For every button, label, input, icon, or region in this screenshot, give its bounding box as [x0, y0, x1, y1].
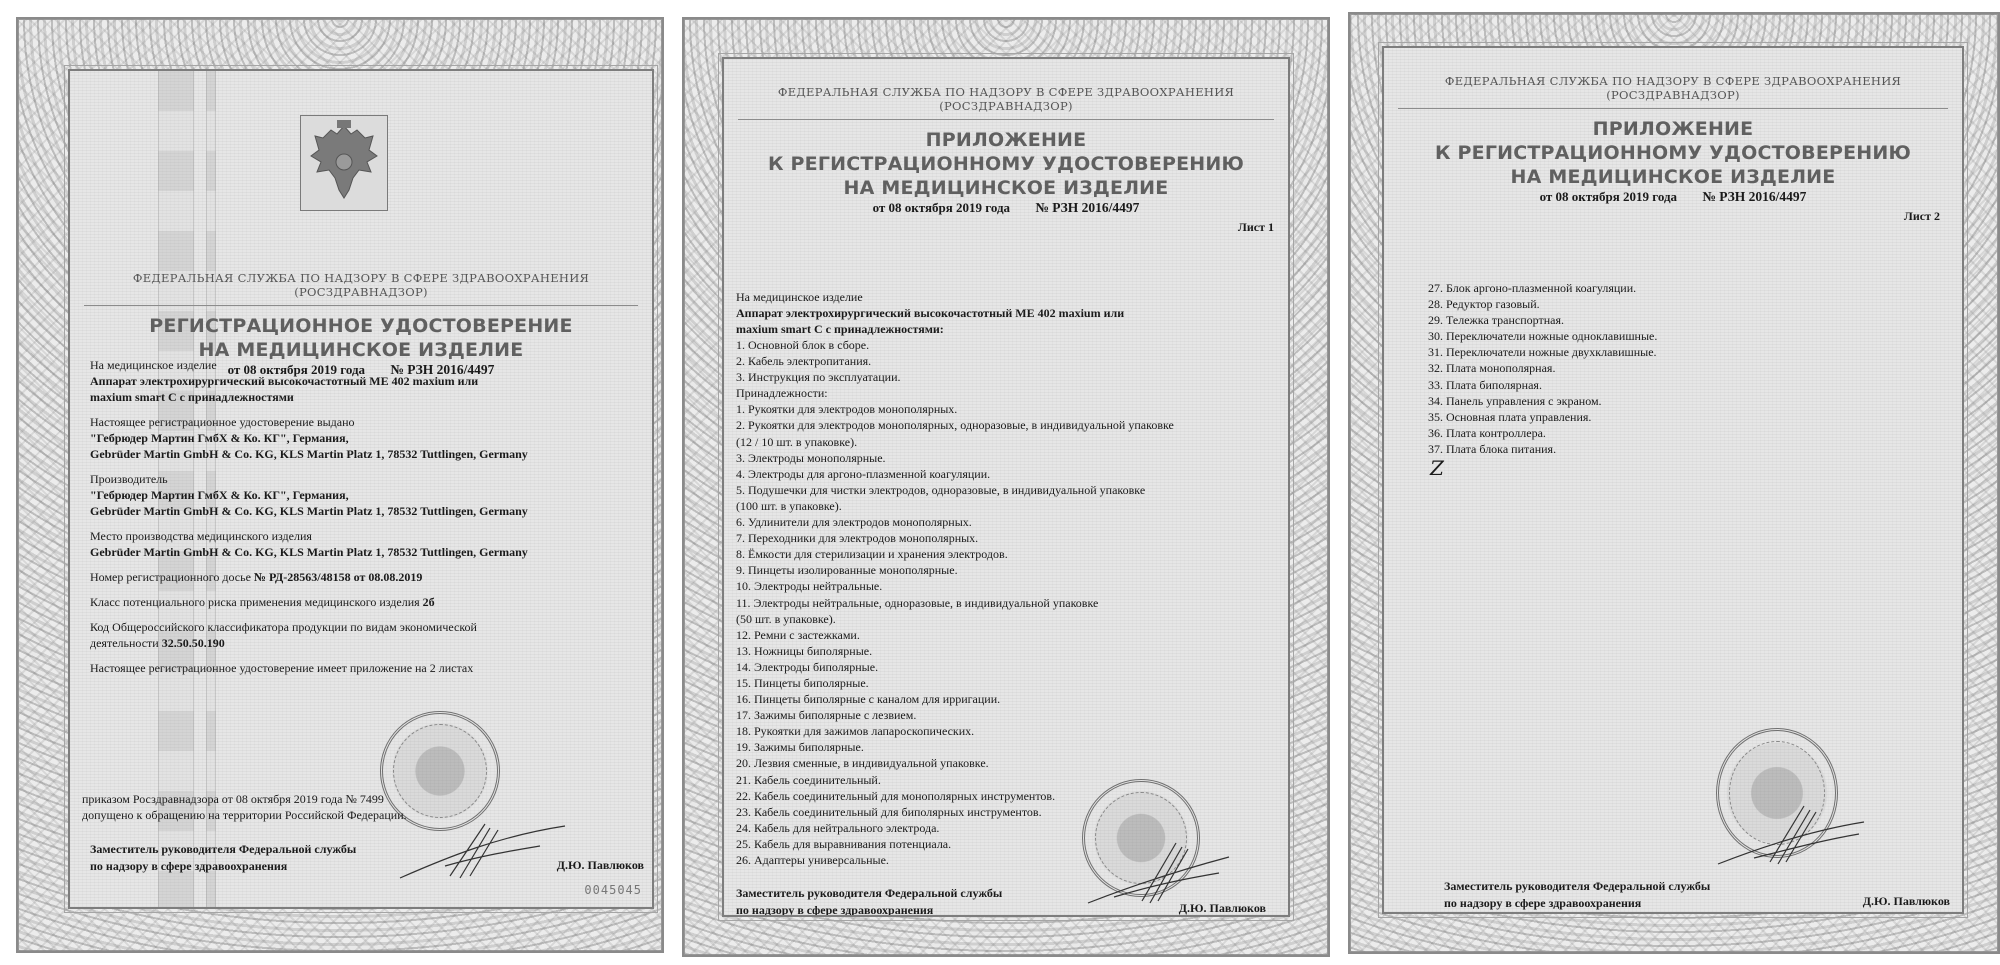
list-item: 3. Инструкция по эксплуатации. — [736, 369, 1280, 385]
signer-name: Д.Ю. Павлюков — [1179, 901, 1266, 916]
certificate-document: ФЕДЕРАЛЬНАЯ СЛУЖБА ПО НАДЗОРУ В СФЕРЕ ЗД… — [16, 17, 664, 953]
section-issued-to: Настоящее регистрационное удостоверение … — [90, 414, 644, 462]
appendix-sheet-2: ФЕДЕРАЛЬНАЯ СЛУЖБА ПО НАДЗОРУ В СФЕРЕ ЗД… — [1348, 12, 2000, 954]
list-item: 20. Лезвия сменные, в индивидуальной упа… — [736, 755, 1280, 771]
risk-class: Класс потенциального риска применения ме… — [90, 594, 644, 610]
appendix-paper: ФЕДЕРАЛЬНАЯ СЛУЖБА ПО НАДЗОРУ В СФЕРЕ ЗД… — [722, 57, 1290, 917]
list-item: 18. Рукоятки для зажимов лапароскопическ… — [736, 723, 1280, 739]
list-item: 13. Ножницы биполярные. — [736, 643, 1280, 659]
serial-number: 0045045 — [584, 883, 642, 897]
doc-title-line2: К РЕГИСТРАЦИОННОМУ УДОСТОВЕРЕНИЮ — [724, 152, 1288, 176]
section-value: Аппарат электрохирургический высокочасто… — [90, 373, 644, 389]
list-item: 11. Электроды нейтральные, одноразовые, … — [736, 595, 1280, 611]
device-name: maxium smart C с принадлежностями: — [736, 321, 1280, 337]
section-label: Производитель — [90, 471, 644, 487]
list-item: 19. Зажимы биполярные. — [736, 739, 1280, 755]
appendix-note: Настоящее регистрационное удостоверение … — [90, 660, 644, 676]
sheet-number: Лист 2 — [1384, 209, 1940, 224]
list-item: 5. Подушечки для чистки электродов, одно… — [736, 482, 1280, 498]
list-item: 35. Основная плата управления. — [1428, 409, 1954, 425]
doc-date: от 08 октября 2019 года — [873, 200, 1011, 215]
signer-role-line: Заместитель руководителя Федеральной слу… — [736, 885, 1002, 902]
list-item: 15. Пинцеты биполярные. — [736, 675, 1280, 691]
order-line: допущено к обращению на территории Росси… — [82, 807, 407, 823]
emblem-frame — [300, 115, 388, 211]
dossier-label: Номер регистрационного досье — [90, 570, 254, 584]
signer-name: Д.Ю. Павлюков — [557, 858, 644, 873]
certificate-paper: ФЕДЕРАЛЬНАЯ СЛУЖБА ПО НАДЗОРУ В СФЕРЕ ЗД… — [68, 69, 654, 909]
doc-date: от 08 октября 2019 года — [1540, 189, 1678, 204]
doc-title-line1: РЕГИСТРАЦИОННОЕ УДОСТОВЕРЕНИЕ — [70, 314, 652, 338]
list-item: 36. Плата контроллера. — [1428, 425, 1954, 441]
certificate-body: На медицинское изделие Аппарат электрохи… — [90, 357, 644, 685]
section-value: Gebrüder Martin GmbH & Co. KG, KLS Marti… — [90, 503, 644, 519]
section-manufacturer: Производитель "Гебрюдер Мартин ГмбХ & Ко… — [90, 471, 644, 519]
doc-dateline: от 08 октября 2019 года № РЗН 2016/4497 — [724, 200, 1288, 216]
appendix-body: На медицинское изделие Аппарат электрохи… — [736, 289, 1280, 868]
list-item: 1. Рукоятки для электродов монополярных. — [736, 401, 1280, 417]
signer-role-line: по надзору в сфере здравоохранения — [90, 858, 356, 875]
doc-title-line1: ПРИЛОЖЕНИЕ — [1384, 117, 1962, 141]
list-item: 6. Удлинители для электродов монополярны… — [736, 514, 1280, 530]
agency-abbr: (РОСЗДРАВНАДЗОР) — [724, 99, 1288, 113]
section-value: Gebrüder Martin GmbH & Co. KG, KLS Marti… — [90, 544, 644, 560]
list-item: (12 / 10 шт. в упаковке). — [736, 434, 1280, 450]
section-production-site: Место производства медицинского изделия … — [90, 528, 644, 560]
list-item: 33. Плата биполярная. — [1428, 377, 1954, 393]
section-label: Место производства медицинского изделия — [90, 528, 644, 544]
signer-role-line: по надзору в сфере здравоохранения — [1444, 895, 1710, 912]
list-item: 30. Переключатели ножные одноклавишные. — [1428, 328, 1954, 344]
list-item: 17. Зажимы биполярные с лезвием. — [736, 707, 1280, 723]
doc-number: № РЗН 2016/4497 — [1035, 200, 1139, 215]
signer-role: Заместитель руководителя Федеральной слу… — [90, 841, 356, 875]
list-item: 2. Кабель электропитания. — [736, 353, 1280, 369]
divider — [84, 305, 638, 306]
signer-role-line: Заместитель руководителя Федеральной слу… — [1444, 878, 1710, 895]
list-item: 37. Плата блока питания. — [1428, 441, 1954, 457]
list-item: (100 шт. в упаковке). — [736, 498, 1280, 514]
list-item: 23. Кабель соединительный для биполярных… — [736, 804, 1280, 820]
dossier-number: Номер регистрационного досье № РД-28563/… — [90, 569, 644, 585]
list-item: 1. Основной блок в сборе. — [736, 337, 1280, 353]
list-item: 12. Ремни с застежками. — [736, 627, 1280, 643]
section-value: maxium smart C с принадлежностями — [90, 389, 644, 405]
doc-number: № РЗН 2016/4497 — [1702, 189, 1806, 204]
signer-name: Д.Ю. Павлюков — [1863, 894, 1950, 909]
list-item: 28. Редуктор газовый. — [1428, 296, 1954, 312]
order-text: приказом Росздравнадзора от 08 октября 2… — [82, 791, 407, 823]
section-value: Gebrüder Martin GmbH & Co. KG, KLS Marti… — [90, 446, 644, 462]
signature-icon — [1084, 829, 1234, 909]
list-item: 4. Электроды для аргоно-плазменной коагу… — [736, 466, 1280, 482]
end-mark: Z — [1430, 457, 1954, 479]
signer-role: Заместитель руководителя Федеральной слу… — [736, 885, 1002, 917]
divider — [738, 119, 1274, 120]
divider — [1398, 108, 1948, 109]
list-item: (50 шт. в упаковке). — [736, 611, 1280, 627]
okpd-value: 32.50.50.190 — [162, 636, 225, 650]
list-item: 7. Переходники для электродов монополярн… — [736, 530, 1280, 546]
okpd-label: деятельности — [90, 636, 162, 650]
signature-icon — [1714, 788, 1874, 868]
signature-icon — [390, 816, 570, 886]
doc-title-line1: ПРИЛОЖЕНИЕ — [724, 128, 1288, 152]
okpd-code: Код Общероссийского классификатора проду… — [90, 619, 644, 651]
list-item: 2. Рукоятки для электродов монополярных,… — [736, 417, 1280, 433]
sheet-number: Лист 1 — [724, 220, 1274, 235]
section-device: На медицинское изделие Аппарат электрохи… — [90, 357, 644, 405]
list-item: 29. Тележка транспортная. — [1428, 312, 1954, 328]
risk-class-value: 2б — [423, 595, 435, 609]
component-list: 1. Основной блок в сборе.2. Кабель элект… — [736, 337, 1280, 868]
section-label: Настоящее регистрационное удостоверение … — [90, 414, 644, 430]
appendix-paper: ФЕДЕРАЛЬНАЯ СЛУЖБА ПО НАДЗОРУ В СФЕРЕ ЗД… — [1382, 46, 1964, 914]
list-item: 10. Электроды нейтральные. — [736, 578, 1280, 594]
list-item: 16. Пинцеты биполярные с каналом для ирр… — [736, 691, 1280, 707]
list-item: 31. Переключатели ножные двухклавишные. — [1428, 344, 1954, 360]
appendix-body: 27. Блок аргоно-плазменной коагуляции.28… — [1428, 280, 1954, 479]
agency-abbr: (РОСЗДРАВНАДЗОР) — [1384, 88, 1962, 102]
doc-title-line3: НА МЕДИЦИНСКОЕ ИЗДЕЛИЕ — [724, 176, 1288, 200]
agency-abbr: (РОСЗДРАВНАДЗОР) — [70, 285, 652, 299]
okpd-label: Код Общероссийского классификатора проду… — [90, 619, 644, 635]
list-item: 14. Электроды биполярные. — [736, 659, 1280, 675]
risk-class-label: Класс потенциального риска применения ме… — [90, 595, 423, 609]
section-value: "Гебрюдер Мартин ГмбХ & Ко. КГ", Германи… — [90, 430, 644, 446]
list-item: 27. Блок аргоно-плазменной коагуляции. — [1428, 280, 1954, 296]
signer-role-line: по надзору в сфере здравоохранения — [736, 902, 1002, 917]
device-label: На медицинское изделие — [736, 289, 1280, 305]
russian-coat-of-arms-icon — [301, 116, 387, 210]
agency-name: ФЕДЕРАЛЬНАЯ СЛУЖБА ПО НАДЗОРУ В СФЕРЕ ЗД… — [70, 271, 652, 285]
list-item: 8. Ёмкости для стерилизации и хранения э… — [736, 546, 1280, 562]
list-item: 34. Панель управления с экраном. — [1428, 393, 1954, 409]
dossier-value: № РД-28563/48158 от 08.08.2019 — [254, 570, 422, 584]
appendix-sheet-1: ФЕДЕРАЛЬНАЯ СЛУЖБА ПО НАДЗОРУ В СФЕРЕ ЗД… — [682, 17, 1330, 957]
list-item: Принадлежности: — [736, 385, 1280, 401]
order-line: приказом Росздравнадзора от 08 октября 2… — [82, 791, 407, 807]
doc-title-line3: НА МЕДИЦИНСКОЕ ИЗДЕЛИЕ — [1384, 165, 1962, 189]
signer-role: Заместитель руководителя Федеральной слу… — [1444, 878, 1710, 912]
agency-name: ФЕДЕРАЛЬНАЯ СЛУЖБА ПО НАДЗОРУ В СФЕРЕ ЗД… — [1384, 74, 1962, 88]
list-item: 9. Пинцеты изолированные монополярные. — [736, 562, 1280, 578]
list-item: 3. Электроды монополярные. — [736, 450, 1280, 466]
section-value: "Гебрюдер Мартин ГмбХ & Ко. КГ", Германи… — [90, 487, 644, 503]
signer-role-line: Заместитель руководителя Федеральной слу… — [90, 841, 356, 858]
list-item: 22. Кабель соединительный для монополярн… — [736, 788, 1280, 804]
list-item: 32. Плата монополярная. — [1428, 360, 1954, 376]
doc-dateline: от 08 октября 2019 года № РЗН 2016/4497 — [1384, 189, 1962, 205]
agency-name: ФЕДЕРАЛЬНАЯ СЛУЖБА ПО НАДЗОРУ В СФЕРЕ ЗД… — [724, 85, 1288, 99]
device-name: Аппарат электрохирургический высокочасто… — [736, 305, 1280, 321]
component-list: 27. Блок аргоно-плазменной коагуляции.28… — [1428, 280, 1954, 457]
section-label: На медицинское изделие — [90, 357, 644, 373]
doc-title-line2: К РЕГИСТРАЦИОННОМУ УДОСТОВЕРЕНИЮ — [1384, 141, 1962, 165]
list-item: 21. Кабель соединительный. — [736, 772, 1280, 788]
